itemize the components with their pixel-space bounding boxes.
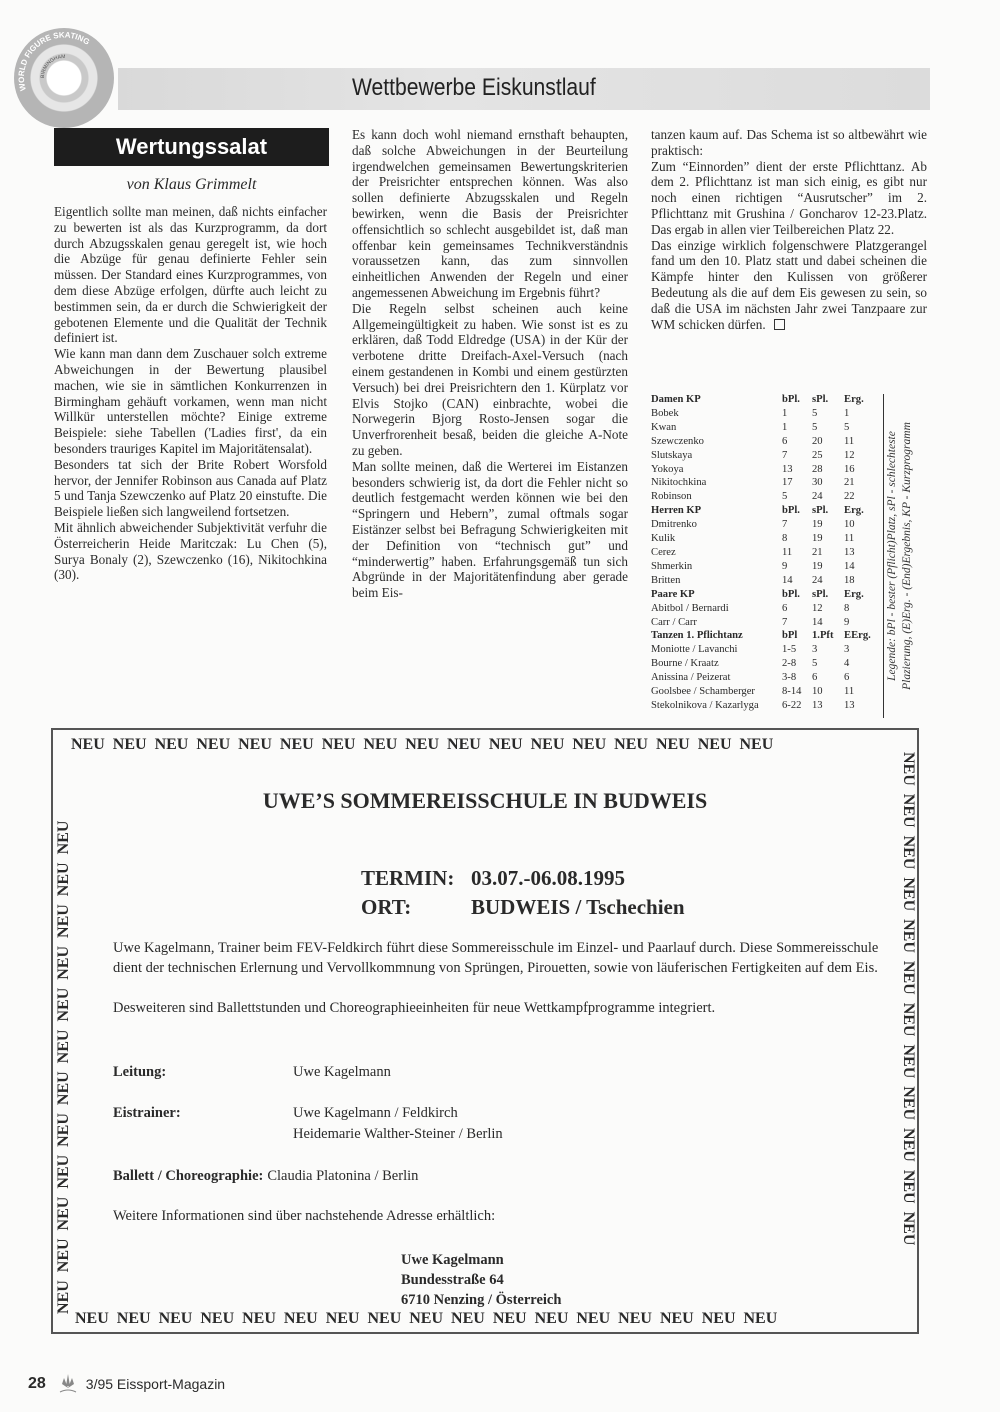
table-row: Nikitochkina173021 <box>651 476 906 490</box>
table-row: Kulik81911 <box>651 532 906 546</box>
paragraph: Eigentlich sollte man meinen, daß nichts… <box>54 204 327 346</box>
neu-border-left: NEU NEU NEU NEU NEU NEU NEU NEU NEU NEU … <box>55 754 75 1314</box>
ad-description: Uwe Kagelmann, Trainer beim FEV-Feldkirc… <box>113 938 893 1038</box>
table-row: Moniotte / Lavanchi1-533 <box>651 643 906 657</box>
ad-leitung: Leitung:Uwe Kagelmann <box>113 1062 391 1083</box>
article-column-3: tanzen kaum auf. Das Schema ist so altbe… <box>651 127 927 332</box>
ad-title: UWE’S SOMMEREISSCHULE IN BUDWEIS <box>53 788 917 814</box>
paragraph: Es kann doch wohl niemand ernsthaft beha… <box>352 127 628 301</box>
table-row: Goolsbee / Schamberger8-141011 <box>651 685 906 699</box>
neu-border-right: NEU NEU NEU NEU NEU NEU NEU NEU NEU NEU … <box>897 752 917 1332</box>
table-row: Shmerkin91914 <box>651 560 906 574</box>
page-number: 28 <box>28 1375 46 1393</box>
article-title-text: Wertungssalat <box>116 134 267 160</box>
ad-eistrainer: Eistrainer:Uwe Kagelmann / FeldkirchHeid… <box>113 1103 503 1145</box>
neu-border-top: NEU NEU NEU NEU NEU NEU NEU NEU NEU NEU … <box>71 736 773 754</box>
page-footer: 28 3/95 Eissport-Magazin <box>28 1372 225 1396</box>
paragraph: Zum “Einnorden” dient der erste Pflichtt… <box>651 159 927 238</box>
article-title: Wertungssalat <box>54 128 329 166</box>
ad-address: Uwe Kagelmann Bundesstraße 64 6710 Nenzi… <box>401 1250 561 1310</box>
table-header: Herren KPbPl.sPl.Erg. <box>651 504 906 518</box>
paragraph: Mit ähnlich abweichender Subjektivität v… <box>54 520 327 583</box>
table-header: Tanzen 1. PflichtanzbPl1.PftEErg. <box>651 629 906 643</box>
paragraph: Die Regeln selbst scheinen auch keine Al… <box>352 301 628 459</box>
table-divider <box>883 394 884 718</box>
table-row: Cerez112113 <box>651 546 906 560</box>
table-row: Kwan155 <box>651 421 906 435</box>
table-row: Abitbol / Bernardi6128 <box>651 602 906 616</box>
ad-info-text: Weitere Informationen sind über nachsteh… <box>113 1208 495 1225</box>
table-row: Robinson52422 <box>651 490 906 504</box>
paragraph: Man sollte meinen, daß die Werterei im E… <box>352 459 628 601</box>
table-row: Szewczenko62011 <box>651 435 906 449</box>
table-row: Bourne / Kraatz2-854 <box>651 657 906 671</box>
table-header: Paare KPbPl.sPl.Erg. <box>651 588 906 602</box>
table-legend: Legende: bPl - bester (Pflicht)Platz, sP… <box>885 394 925 718</box>
paragraph: Das einzige wirklich folgenschwere Platz… <box>651 238 927 333</box>
ad-ballett: Ballett / Choreographie:Claudia Platonin… <box>113 1166 418 1187</box>
publication-name: 3/95 Eissport-Magazin <box>86 1376 225 1392</box>
article-byline: von Klaus Grimmelt <box>54 176 329 194</box>
article-column-1: Eigentlich sollte man meinen, daß nichts… <box>54 204 327 583</box>
paragraph: tanzen kaum auf. Das Schema ist so altbe… <box>651 127 927 159</box>
table-row: Yokoya132816 <box>651 463 906 477</box>
table-row: Carr / Carr7149 <box>651 616 906 630</box>
article-column-2: Es kann doch wohl niemand ernsthaft beha… <box>352 127 628 601</box>
svg-text:BIRMINGHAM: BIRMINGHAM <box>40 54 66 78</box>
paragraph: Wie kann man dann dem Zuschauer solch ex… <box>54 346 327 457</box>
table-row: Britten142418 <box>651 574 906 588</box>
section-title: Wettbewerbe Eiskunstlauf <box>352 74 596 102</box>
table-row: Slutskaya72512 <box>651 449 906 463</box>
table-row: Stekolnikova / Kazarlyga6-221313 <box>651 699 906 713</box>
neu-border-bottom: NEU NEU NEU NEU NEU NEU NEU NEU NEU NEU … <box>75 1310 777 1328</box>
table-row: Anissina / Peizerat3-866 <box>651 671 906 685</box>
advertisement-box: NEU NEU NEU NEU NEU NEU NEU NEU NEU NEU … <box>51 728 919 1334</box>
magazine-logo-icon <box>58 1372 78 1396</box>
table-row: Bobek151 <box>651 407 906 421</box>
ad-dates: TERMIN:03.07.-06.08.1995 ORT:BUDWEIS / T… <box>361 864 685 922</box>
championship-logo-icon: WORLD FIGURE SKATING BIRMINGHAM <box>14 28 114 128</box>
end-of-article-square-icon <box>774 319 785 330</box>
table-header: Damen KPbPl.sPl.Erg. <box>651 393 906 407</box>
paragraph: Besonders tat sich der Brite Robert Wors… <box>54 457 327 520</box>
results-tables: Damen KPbPl.sPl.Erg.Bobek151Kwan155Szewc… <box>651 393 906 713</box>
table-row: Dmitrenko71910 <box>651 518 906 532</box>
